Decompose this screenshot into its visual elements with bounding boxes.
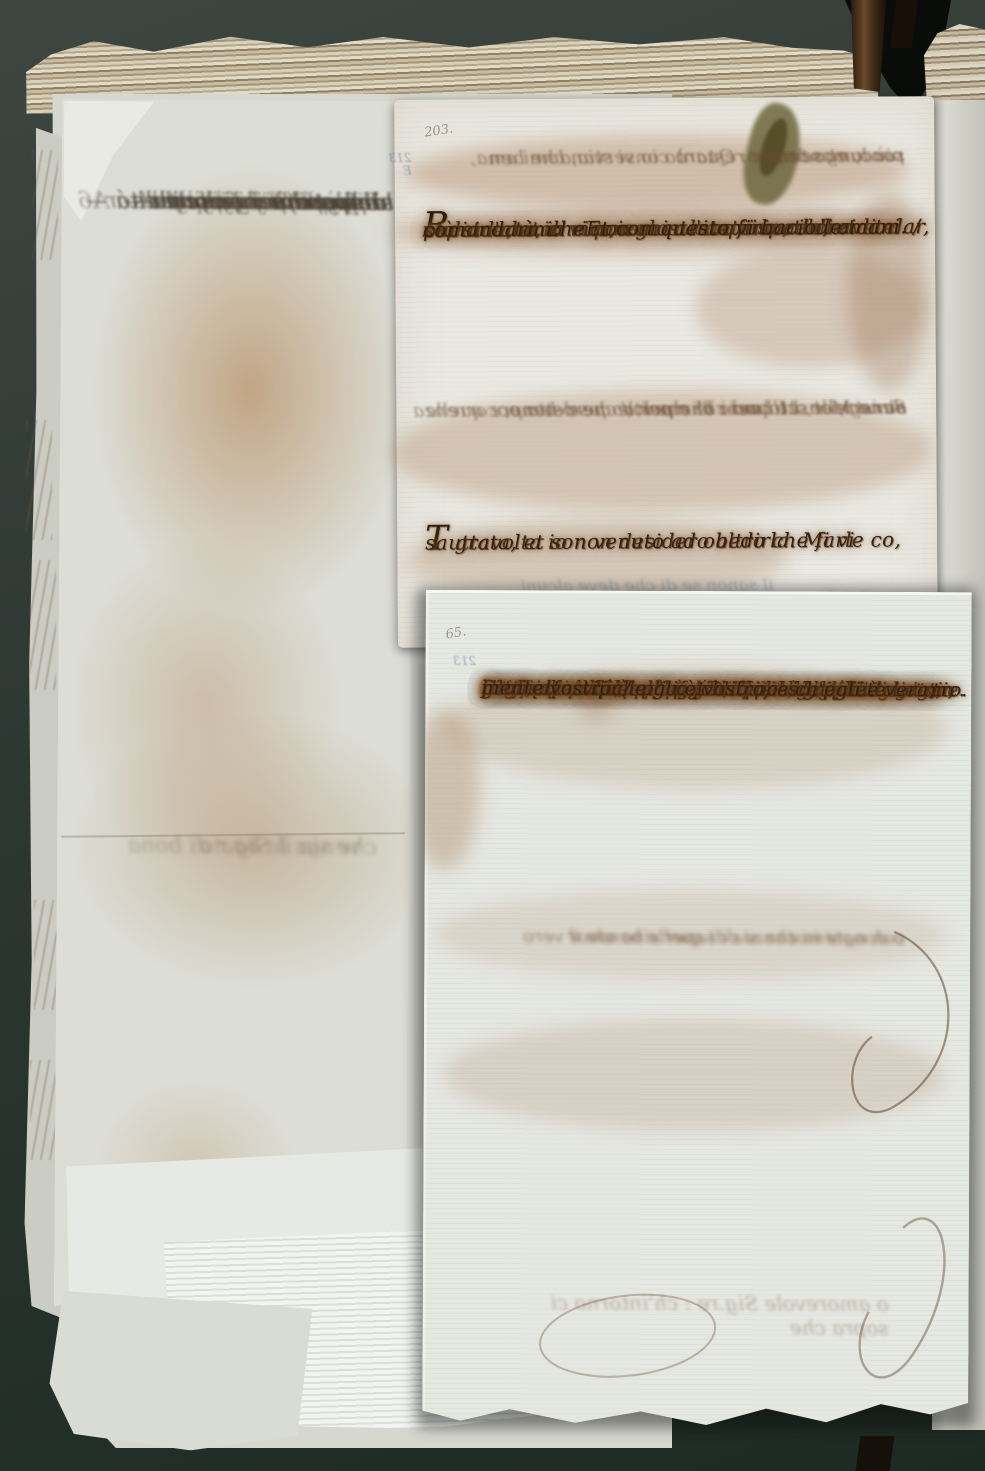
margin-bleed-number: 213: [447, 654, 481, 668]
folio-number: 65.: [445, 624, 468, 642]
upper-letter-page: 203. 213 E più lungo tempo: Quanto io vi…: [394, 96, 938, 648]
tan-stain-wash: [54, 99, 414, 1309]
lower-letter-page: 65. 213 o donatemi che sia di quelle ban…: [422, 590, 972, 1426]
edge-ink-marks: [30, 1060, 56, 1160]
bleed-handwriting-line: et regni : Le bacio le mani. /: [623, 392, 907, 425]
handwriting-line: sa grata, et son venuto ad obedirla. Mi …: [425, 523, 855, 560]
bottom-under-sheet: [47, 1291, 312, 1455]
bleed-handwriting-line: raccomandato: [767, 140, 904, 172]
letter-body-paragraph: trar con voi in nuove cirimonie; nondime…: [481, 672, 957, 674]
bleed-handwriting-line: mano il bij —: [224, 180, 377, 225]
manuscript-volume-photo: alli patroni non fatto —dove le pei — he…: [0, 0, 985, 1471]
handwriting-line: comandarmi. Et con questo vi bacio le ma…: [423, 208, 921, 247]
margin-letter: E: [403, 165, 412, 178]
ink-stain: [443, 1018, 945, 1132]
edge-ink-marks: [32, 150, 58, 260]
cradle-post: [856, 1436, 895, 1471]
folio-number: 203.: [423, 122, 454, 141]
bleed-handwriting-line: con ogni instanza di saper sino amor: [569, 920, 905, 954]
handwriting-line: mente vostro. /: [481, 672, 630, 705]
margin-bleed-number: 213 E: [396, 152, 426, 165]
edge-ink-marks: [30, 560, 56, 690]
left-bleedthrough-sheet: alli patroni non fatto —dove le pei — he…: [54, 99, 414, 1309]
edge-ink-marks: [26, 420, 52, 540]
binding-wood-bar: [851, 0, 886, 92]
mirrored-signature-bleed: o amorevole Sig.re : ch'intorno ci sopra…: [523, 1290, 889, 1340]
bleed-handwriting-line: venga le bacio: [200, 824, 361, 871]
